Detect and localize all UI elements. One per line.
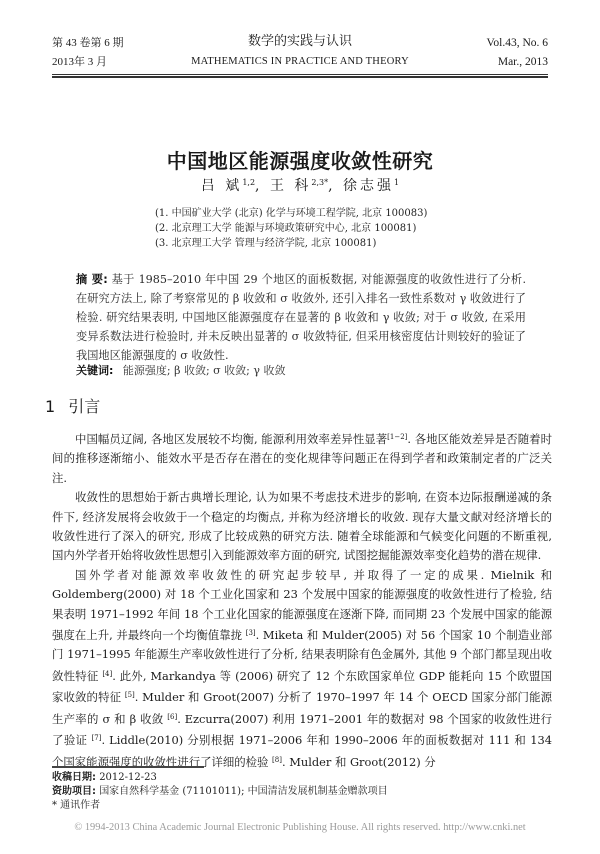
affiliation: (3. 北京理工大学 管理与经济学院, 北京 100081) bbox=[155, 237, 376, 252]
author-list: 吕 斌1,2, 王 科2,3*, 徐志强1 bbox=[0, 175, 600, 195]
paragraph: 国外学者对能源效率收敛性的研究起步较早, 并取得了一定的成果. Mielnik … bbox=[52, 566, 552, 772]
received-date: 2012-12-23 bbox=[99, 772, 157, 783]
header-rule-thin bbox=[52, 74, 548, 75]
paragraph-text: 收敛性的思想始于新古典增长理论, 认为如果不考虑技术进步的影响, 在资本边际报酬… bbox=[52, 490, 552, 562]
paragraph: 收敛性的思想始于新古典增长理论, 认为如果不考虑技术进步的影响, 在资本边际报酬… bbox=[52, 488, 552, 566]
footnote-received: 收稿日期: 2012-12-23 bbox=[52, 771, 157, 785]
paragraph-text: 中国幅员辽阔, 各地区发展较不均衡, 能源利用效率差异性显著 bbox=[75, 432, 387, 446]
author-name: 徐志强 bbox=[343, 178, 394, 194]
header-volume: Vol.43, No. 6 bbox=[487, 36, 548, 50]
citation: [5] bbox=[125, 691, 135, 699]
abstract-text: 基于 1985–2010 年中国 29 个地区的面板数据, 对能源强度的收敛性进… bbox=[76, 273, 526, 362]
paragraph: 中国幅员辽阔, 各地区发展较不均衡, 能源利用效率差异性显著[1−2]. 各地区… bbox=[52, 428, 552, 488]
keywords-text: 能源强度; β 收敛; σ 收敛; γ 收敛 bbox=[123, 364, 286, 377]
citation: [1−2] bbox=[387, 433, 407, 441]
funding-text: 国家自然科学基金 (71101011); 中国清洁发展机制基金赠款项目 bbox=[99, 786, 387, 797]
header-rule-thick bbox=[52, 76, 548, 78]
citation: [8] bbox=[272, 756, 282, 764]
citation: [4] bbox=[102, 670, 112, 678]
author-name: 吕 斌 bbox=[201, 178, 242, 194]
footnote-corresponding: * 通讯作者 bbox=[52, 799, 100, 813]
footnote-rule bbox=[52, 766, 204, 768]
abstract-label: 摘 要: bbox=[76, 273, 108, 286]
affiliation: (1. 中国矿业大学 (北京) 化学与环境工程学院, 北京 100083) bbox=[155, 207, 427, 222]
keywords-label: 关键词: bbox=[76, 364, 113, 377]
abstract: 摘 要: 基于 1985–2010 年中国 29 个地区的面板数据, 对能源强度… bbox=[76, 270, 526, 365]
section-heading: 1 引言 bbox=[45, 394, 100, 417]
funding-label: 资助项目: bbox=[52, 786, 96, 797]
citation: [7] bbox=[92, 734, 102, 742]
section-number: 1 bbox=[45, 397, 55, 416]
section-title: 引言 bbox=[68, 397, 100, 416]
article-title: 中国地区能源强度收敛性研究 bbox=[0, 145, 600, 174]
body-text: 中国幅员辽阔, 各地区发展较不均衡, 能源利用效率差异性显著[1−2]. 各地区… bbox=[52, 428, 552, 772]
footnote-funding: 资助项目: 国家自然科学基金 (71101011); 中国清洁发展机制基金赠款项… bbox=[52, 785, 388, 799]
author-name: 王 科 bbox=[270, 178, 311, 194]
paragraph-text: . Mulder 和 Groot(2012) 分 bbox=[282, 755, 436, 769]
header-date-en: Mar., 2013 bbox=[498, 55, 548, 69]
keywords: 关键词: 能源强度; β 收敛; σ 收敛; γ 收敛 bbox=[76, 362, 285, 378]
received-label: 收稿日期: bbox=[52, 772, 96, 783]
citation: [6] bbox=[167, 713, 177, 721]
citation: [3] bbox=[246, 629, 256, 637]
author-affil-sup: 2,3* bbox=[311, 178, 328, 187]
affiliation: (2. 北京理工大学 能源与环境政策研究中心, 北京 100081) bbox=[155, 222, 416, 237]
copyright-notice: © 1994-2013 China Academic Journal Elect… bbox=[0, 822, 600, 833]
author-affil-sup: 1,2 bbox=[242, 178, 255, 187]
author-affil-sup: 1 bbox=[394, 178, 399, 187]
